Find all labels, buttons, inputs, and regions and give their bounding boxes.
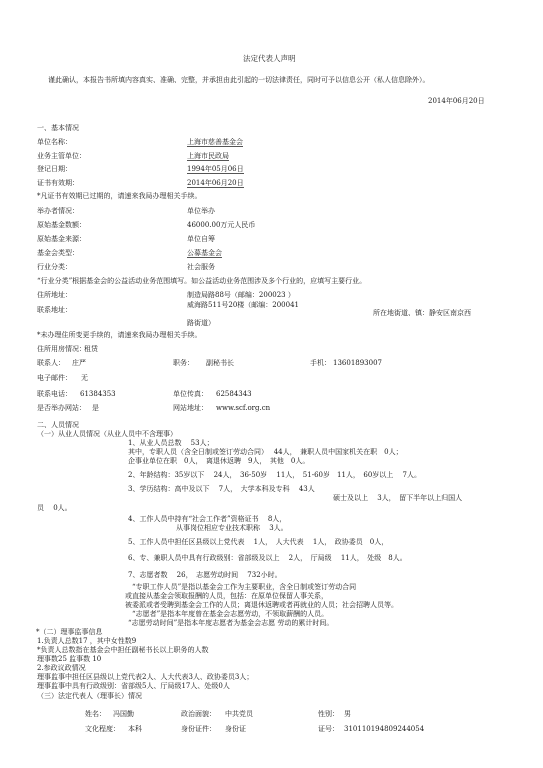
position-label: 职务： — [173, 360, 194, 367]
industry-value: 社会服务 — [187, 264, 215, 271]
fax-label: 单位传真： — [173, 391, 208, 398]
foundation-type-label: 基金会类型： — [37, 250, 79, 257]
org-name-value: 上海市慈善基金会 — [187, 139, 243, 147]
contact-person-value: 庄严 — [72, 360, 86, 367]
housing-label: 住所用房情况： — [37, 346, 86, 353]
staff-line-3: 3、学历结构：高中及以下 7人， 大学本科及专科 43人 — [128, 486, 315, 493]
staff-line-1: 1、从业人员总数 53人； — [128, 440, 214, 447]
position-value: 副秘书长 — [206, 360, 234, 367]
board-line-4: 2.参政议政情况 — [37, 665, 86, 672]
phone-value: 61384353 — [80, 391, 116, 398]
id-no-label: 证号： — [318, 726, 339, 733]
board-line-2: *负责人总数指在基金会中担任副秘书长以上职务的人数 — [37, 647, 209, 654]
sponsor-value: 单位举办 — [187, 208, 215, 215]
reg-date-value: 1994年05月06日 — [187, 166, 244, 174]
sponsor-label: 举办者情况： — [37, 208, 79, 215]
foundation-type-value: 公募基金会 — [187, 250, 222, 258]
street-label: 所在地街道、镇：静安区南京西 — [373, 310, 471, 317]
website-value[interactable]: www.scf.org.cn — [216, 405, 270, 412]
industry-label: 行业分类： — [37, 264, 72, 271]
fund-amount-value: 46000.00万元人民币 — [187, 222, 255, 229]
board-line-3: 理事数25 监事数 10 — [37, 656, 101, 663]
declaration-text: 谨此确认，本报告书所填内容真实、准确、完整，并承担由此引起的一切法律责任，同时可… — [48, 77, 430, 84]
education-label: 文化程度： — [85, 726, 120, 733]
website-flag-value: 是 — [92, 405, 99, 412]
supervisor-value: 上海市民政局 — [187, 153, 229, 161]
phone-label: 联系电话： — [37, 391, 72, 398]
staff-line-2: 2、年龄结构：35岁以下 24人， 36-50岁 11人， 51-60岁 11人… — [128, 472, 421, 479]
cert-valid-value: 2014年06月20日 — [187, 180, 244, 188]
political-label: 政治面貌： — [181, 711, 216, 718]
staff-line-4: 4、工作人员中持有“社会工作者”资格证书 8人， — [128, 516, 286, 523]
document-title: 法定代表人声明 — [243, 55, 296, 63]
staff-line-3c: 员 0人。 — [37, 505, 72, 512]
name-label: 姓名： — [85, 711, 106, 718]
declaration-date: 2014年06月20日 — [428, 98, 485, 105]
housing-value: 租赁 — [84, 346, 98, 353]
staff-line-1a: 其中，专职人员（含全日制或签订劳动合同） 44人， 兼职人员中国家机关在职 0人… — [128, 449, 403, 456]
staff-note-1: “专职工作人员”是指以基金会工作为主要职业，含全日制或签订劳动合同 — [132, 584, 356, 591]
board-title: *（二）理事监事信息 — [36, 629, 103, 636]
fax-value: 62584343 — [216, 391, 252, 398]
staff-line-4b: 从事岗位相应专业技术职称 3人。 — [176, 525, 288, 532]
staff-note-3: 被委派或者受聘到基金会工作的人员；离退休返聘或者再就业的人员；社会招聘人员等。 — [125, 602, 398, 609]
staff-line-3b: 硕士及以上 3人， 留下半年以上归国人 — [333, 495, 462, 502]
staff-line-7: 7、志愿者数 26， 志愿劳动时间 732小时。 — [128, 572, 282, 579]
id-type-label: 身份证件： — [181, 726, 216, 733]
staff-line-5: 5、工作人员中担任区县级以上党代表 1人， 人大代表 1人， 政协委员 0人， — [128, 539, 388, 546]
staff-line-6: 6、专、兼职人员中具有行政级别：省部级及以上 2人， 厅局级 11人， 处级 8… — [128, 555, 407, 562]
residence-label: 住所地址： — [37, 292, 72, 299]
gender-label: 性别： — [318, 711, 339, 718]
website-label: 网站地址： — [173, 405, 208, 412]
cert-note: *凡证书有效期已过期的，请速来我局办理相关手续。 — [37, 193, 202, 200]
street-cont: 路街道） — [187, 320, 215, 327]
mobile-value: 13601893007 — [333, 360, 382, 367]
staff-line-1b: 企事业单位在职 0人， 离退休返聘 9人， 其他 0人。 — [128, 458, 309, 465]
section-staff-title: 二、人员情况 — [37, 422, 79, 429]
board-line-1: 1.负责人总数17 ，其中女性数9 — [37, 638, 136, 645]
id-no-value: 310110194809244054 — [344, 726, 424, 733]
mobile-label: 手机： — [310, 360, 331, 367]
website-flag-label: 是否举办网站： — [37, 405, 86, 412]
email-label: 电子邮件： — [37, 375, 72, 382]
education-value: 本科 — [128, 726, 142, 733]
staff-note-5: “志愿劳动时间”是指本年度志愿者为基金会志愿 劳动的累计时间。 — [128, 620, 333, 627]
political-value: 中共党员 — [225, 711, 253, 718]
gender-value: 男 — [344, 711, 351, 718]
email-value: 无 — [81, 375, 88, 382]
name-value: 冯国勤 — [113, 711, 134, 718]
legal-rep-title: （三）法定代表人（理事长）情况 — [37, 693, 142, 700]
cert-valid-label: 证书有效期： — [37, 180, 79, 187]
contact-address-label: 联系地址： — [37, 307, 72, 314]
section-basic-title: 一、基本情况 — [37, 125, 79, 132]
board-line-5: 理事监事中担任区县级以上党代表2人、人大代表3人、政协委员3人； — [37, 674, 253, 681]
fund-source-value: 单位自筹 — [187, 236, 215, 243]
staff-sub1-title: （一）从业人员情况（从业人员中不含理事） — [37, 431, 177, 438]
industry-note: “行业分类”根据基金会的公益活动业务范围填写。如公益活动业务范围涉及多个行业的，… — [37, 278, 366, 285]
reg-date-label: 登记日期： — [37, 166, 72, 173]
fund-amount-label: 原始基金数额： — [37, 222, 86, 229]
supervisor-label: 业务主管单位： — [37, 153, 86, 160]
staff-note-4: “志愿者”是指本年度曾在基金会志愿劳动，不领取薪酬的人员。 — [132, 611, 328, 618]
residence-value: 制造局路88号（邮编：200023 ） — [187, 292, 295, 299]
fund-source-label: 原始基金来源： — [37, 236, 86, 243]
staff-note-2: 或直接从基金会领取报酬的人员，包括：在原单位保留人事关系， — [125, 593, 328, 600]
board-line-6: 理事监事中具有行政级别：省部级5人、厅局级17人、处级0人 — [37, 683, 230, 690]
residence-note: *未办理住所变更手续的，请速来我局办理相关手续。 — [37, 332, 202, 339]
org-name-label: 单位名称： — [37, 139, 72, 146]
contact-address-value: 威海路511号20楼（邮编：200041 — [187, 302, 299, 309]
id-type-value: 身份证 — [225, 726, 246, 733]
contact-person-label: 联系人： — [37, 360, 65, 367]
